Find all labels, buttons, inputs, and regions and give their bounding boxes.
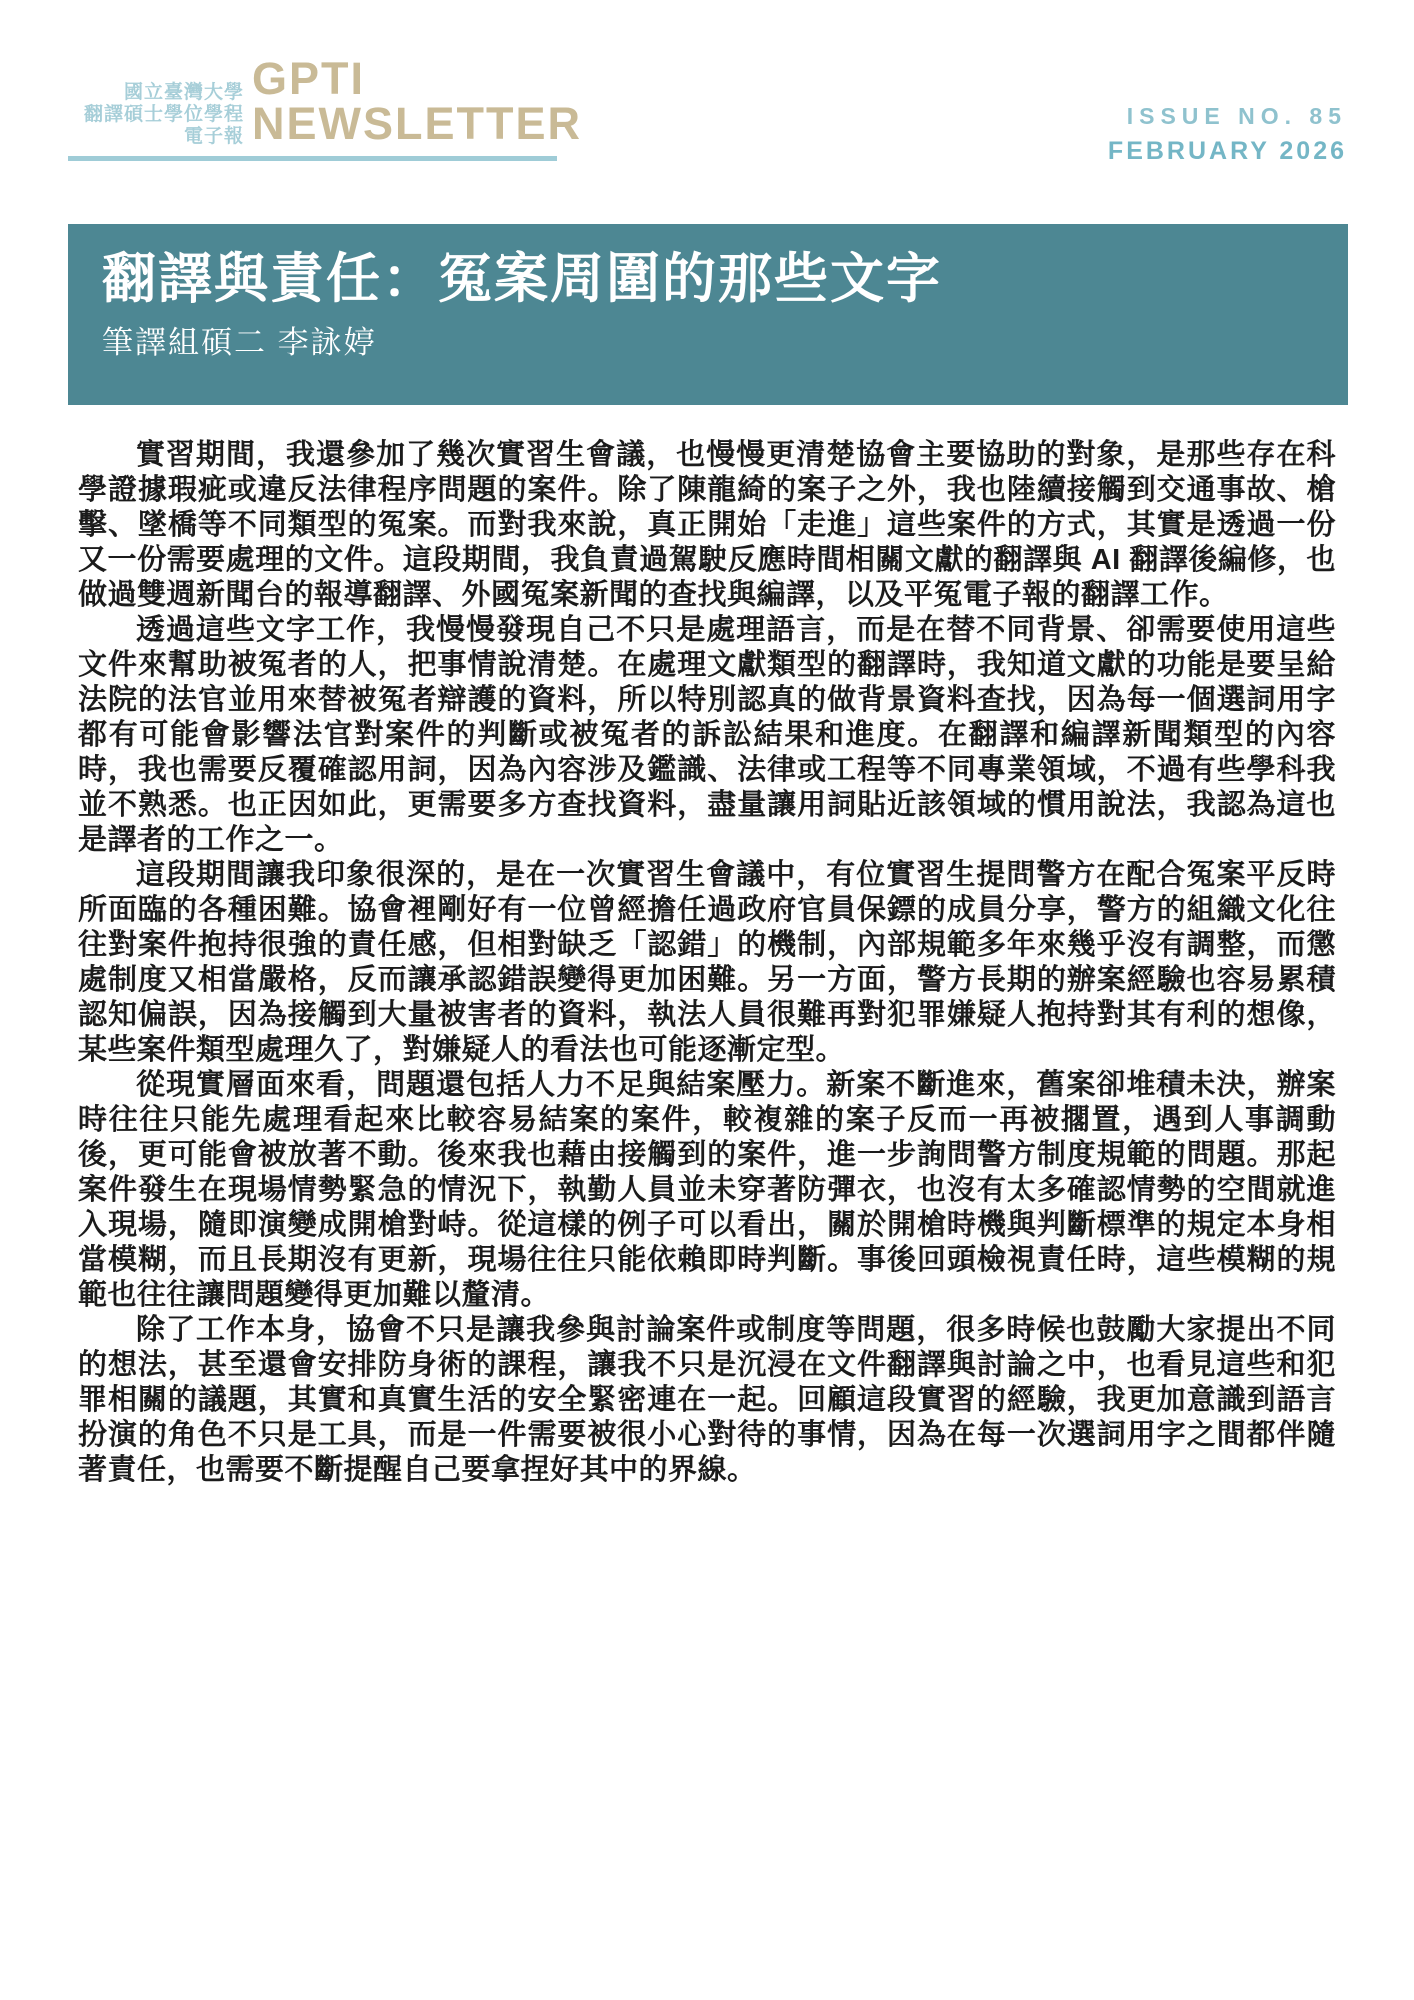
- logo-brand-gpti: GPTI: [252, 56, 582, 101]
- issue-number: ISSUE NO. 85: [1108, 103, 1347, 130]
- logo-org-line-3: 電子報: [68, 126, 244, 148]
- issue-block: ISSUE NO. 85 FEBRUARY 2026: [1108, 103, 1347, 166]
- article-paragraph: 這段期間讓我印象很深的，是在一次實習生會議中，有位實習生提問警方在配合冤案平反時…: [78, 858, 1336, 1068]
- article-author: 筆譯組碩二 李詠婷: [102, 317, 1328, 362]
- logo-org-text: 國立臺灣大學 翻譯碩士學位學程 電子報: [68, 82, 244, 148]
- issue-date: FEBRUARY 2026: [1108, 137, 1347, 166]
- article-title: 翻譯與責任：冤案周圍的那些文字: [102, 249, 1328, 309]
- logo-org-line-1: 國立臺灣大學: [68, 82, 244, 104]
- article-banner: 翻譯與責任：冤案周圍的那些文字 筆譯組碩二 李詠婷: [68, 224, 1348, 405]
- article-paragraph: 實習期間，我還參加了幾次實習生會議，也慢慢更清楚協會主要協助的對象，是那些存在科…: [78, 438, 1336, 613]
- article-paragraph: 從現實層面來看，問題還包括人力不足與結案壓力。新案不斷進來，舊案卻堆積未決，辦案…: [78, 1068, 1336, 1313]
- logo-brand-newsletter: NEWSLETTER: [252, 101, 582, 146]
- logo-underline: [68, 156, 557, 161]
- article-paragraph: 除了工作本身，協會不只是讓我參與討論案件或制度等問題，很多時候也鼓勵大家提出不同…: [78, 1313, 1336, 1488]
- article-body: 實習期間，我還參加了幾次實習生會議，也慢慢更清楚協會主要協助的對象，是那些存在科…: [78, 438, 1336, 1488]
- logo-brand: GPTI NEWSLETTER: [252, 56, 582, 146]
- logo-org-line-2: 翻譯碩士學位學程: [68, 104, 244, 126]
- article-paragraph: 透過這些文字工作，我慢慢發現自己不只是處理語言，而是在替不同背景、卻需要使用這些…: [78, 613, 1336, 858]
- newsletter-page: 國立臺灣大學 翻譯碩士學位學程 電子報 GPTI NEWSLETTER ISSU…: [0, 0, 1414, 2000]
